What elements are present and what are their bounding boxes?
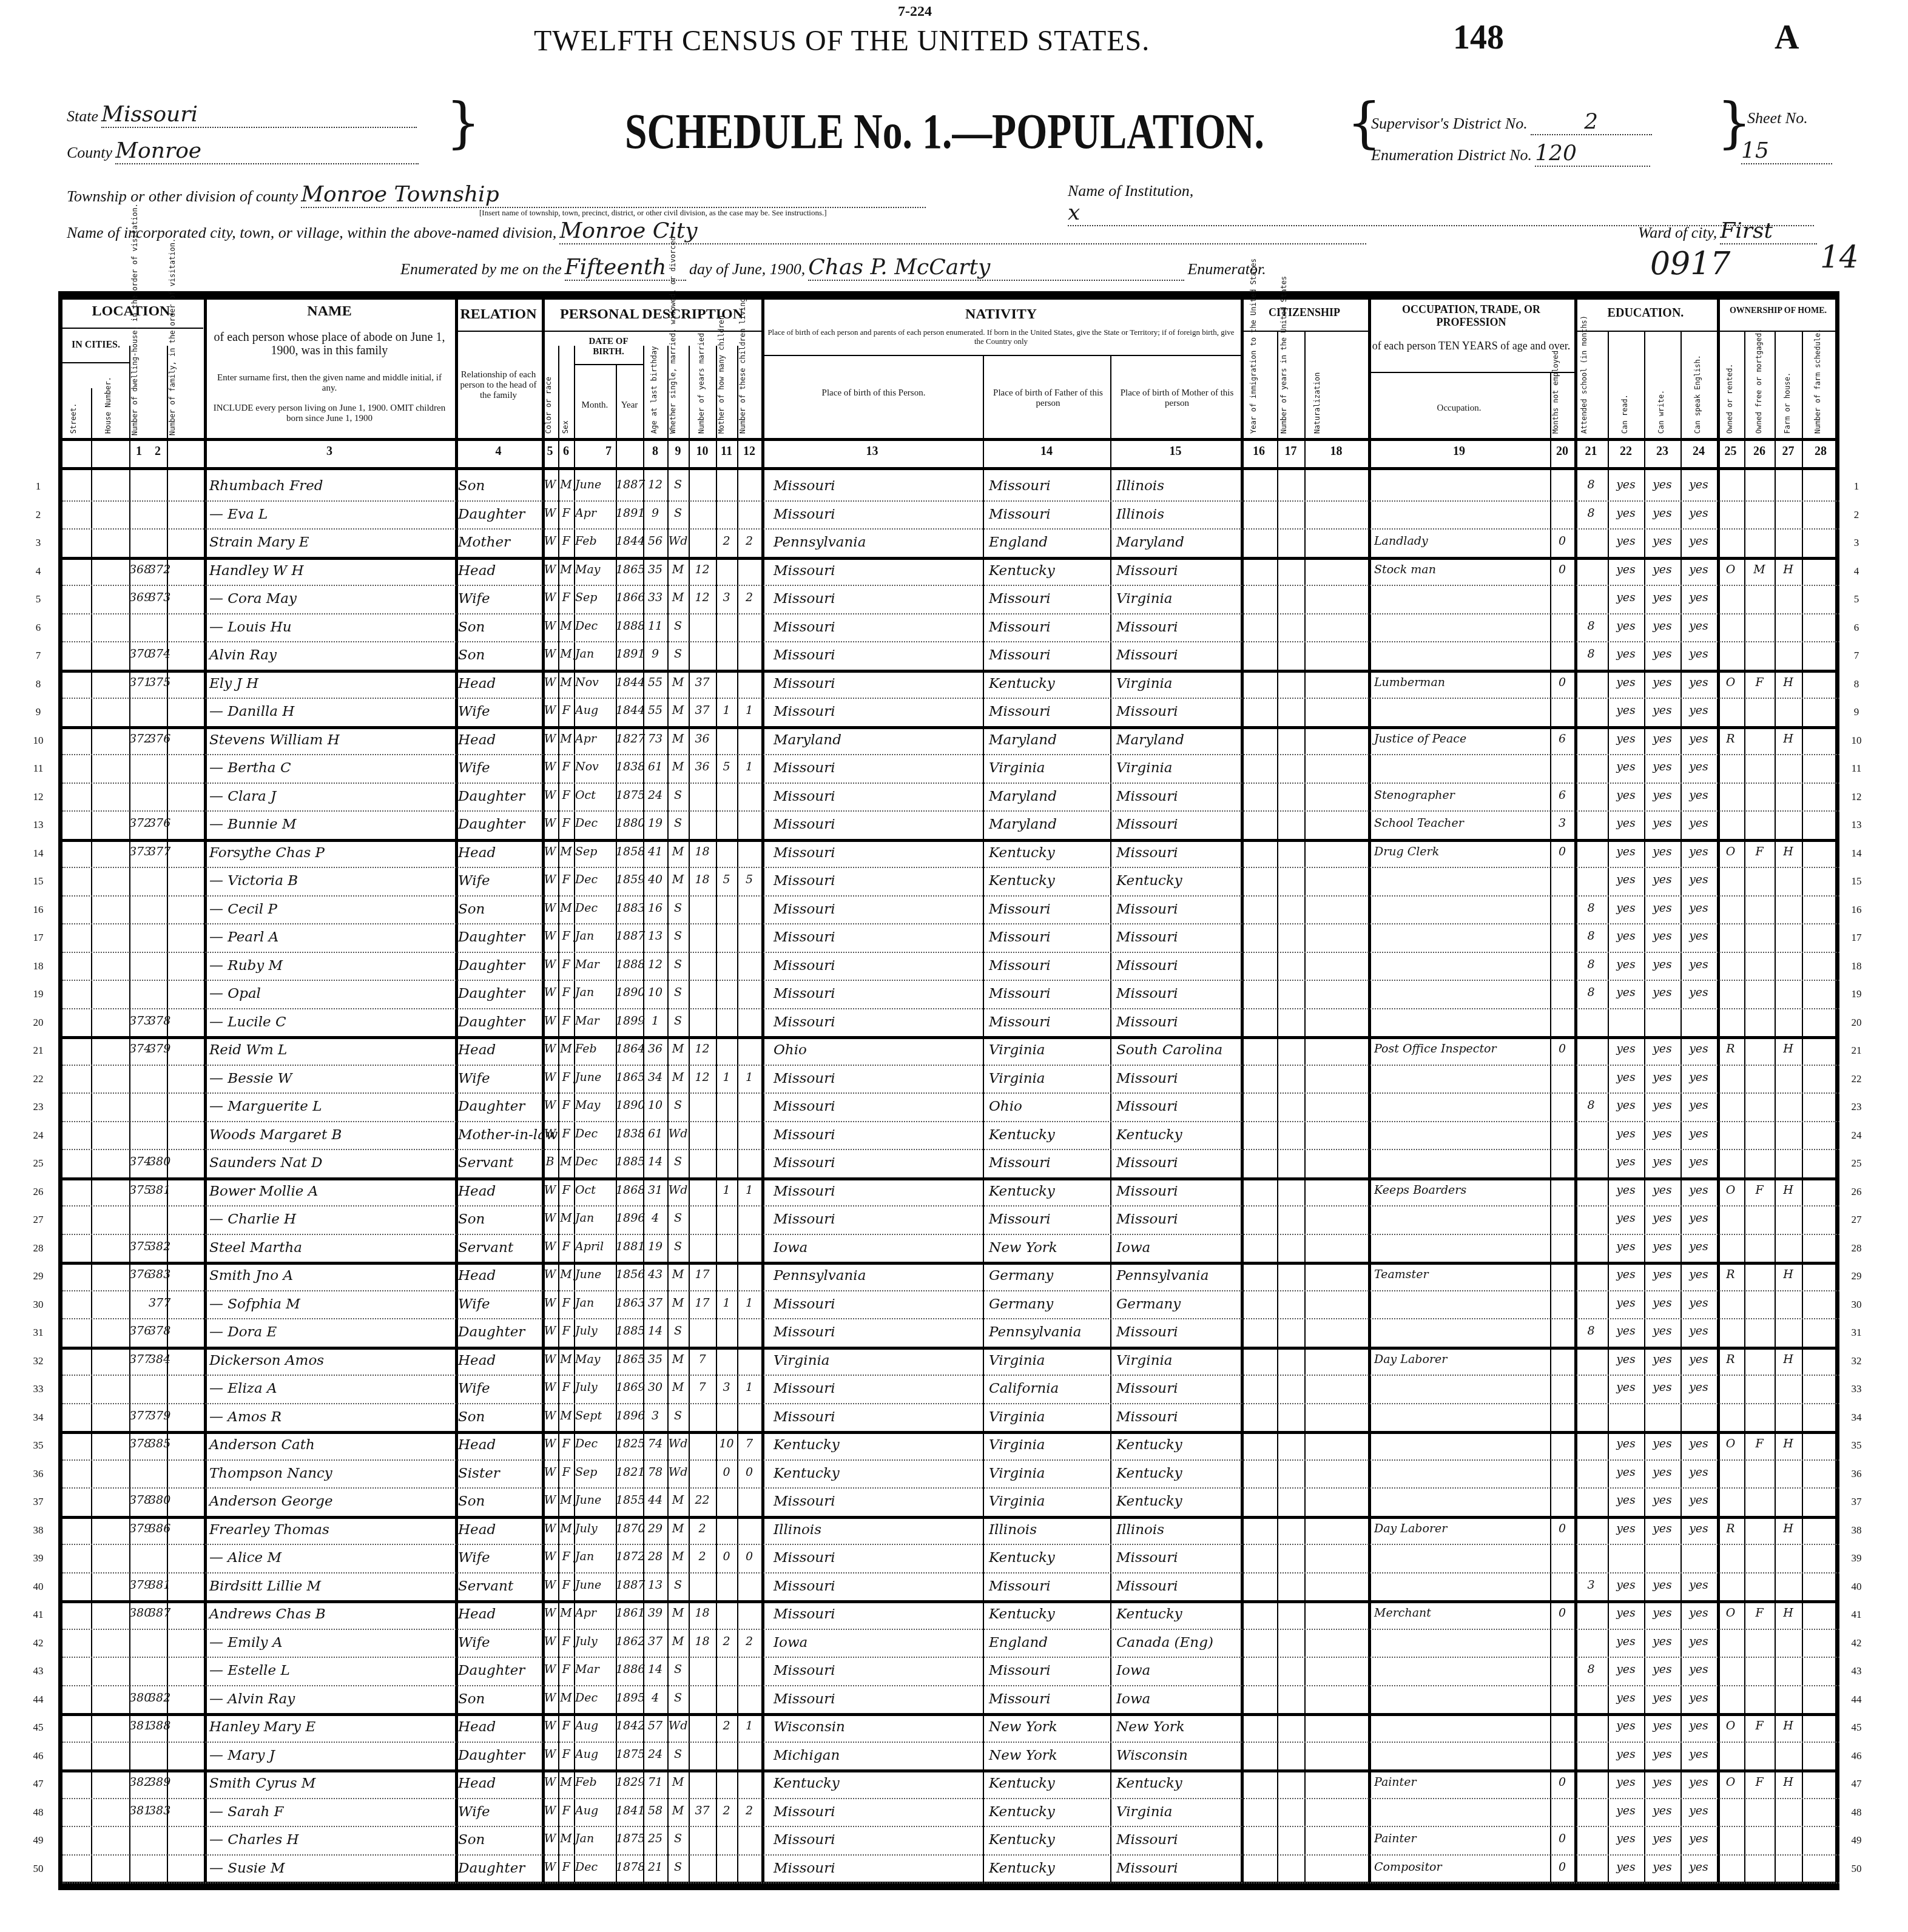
birth-month: Jan [575, 986, 616, 999]
birthplace-mother: Missouri [1116, 789, 1238, 804]
header-age: Age at last birthday [650, 340, 658, 434]
person-name: — Cora May [209, 591, 452, 607]
line-number-right: 27 [1847, 1214, 1866, 1226]
birth-month: June [575, 1071, 616, 1084]
birthplace-person: Pennsylvania [774, 534, 980, 550]
birth-month: Aug [575, 1748, 616, 1761]
months-unemployed: 0 [1550, 1860, 1574, 1874]
sheet-stamp-number: 148 [1453, 18, 1504, 57]
birth-month: Nov [575, 676, 616, 689]
column-number: 6 [558, 445, 574, 459]
occupation: School Teacher [1374, 816, 1550, 830]
header-can-read: Can read. [1621, 376, 1629, 434]
months-unemployed: 0 [1550, 1832, 1574, 1845]
birthplace-person: Missouri [774, 873, 980, 889]
birthplace-father: New York [989, 1748, 1107, 1763]
city-value: Monroe City [559, 218, 1366, 244]
birthplace-mother: Missouri [1116, 986, 1238, 1001]
color: W [542, 704, 558, 717]
row-divider [62, 1036, 1839, 1039]
color: W [542, 1409, 558, 1422]
birth-month: Dec [575, 816, 616, 830]
birthplace-mother: South Carolina [1116, 1042, 1238, 1058]
can-write: yes [1644, 1466, 1680, 1479]
birthplace-mother: Missouri [1116, 563, 1238, 579]
age: 35 [643, 563, 667, 576]
can-write: yes [1644, 647, 1680, 661]
children-living: 2 [737, 1804, 761, 1817]
left-brace: } [446, 91, 480, 155]
marital-status: M [667, 845, 689, 858]
birth-month: May [575, 1353, 616, 1366]
row-divider [62, 1685, 1839, 1686]
birthplace-person: Ohio [774, 1042, 980, 1058]
marital-status: S [667, 647, 689, 661]
line-number-right: 1 [1847, 480, 1866, 493]
birthplace-person: Missouri [774, 1804, 980, 1820]
color: W [542, 619, 558, 633]
years-married: 18 [689, 845, 716, 858]
birthplace-person: Missouri [774, 1014, 980, 1030]
column-number: 16 [1241, 445, 1277, 459]
row-divider [62, 1262, 1839, 1265]
can-read: yes [1608, 1437, 1644, 1450]
occupation: Stenographer [1374, 789, 1550, 802]
line-number-left: 49 [29, 1834, 47, 1846]
birthplace-person: Illinois [774, 1522, 980, 1538]
birthplace-mother: Missouri [1116, 1409, 1238, 1425]
birthplace-father: Kentucky [989, 845, 1107, 861]
age: 4 [643, 1211, 667, 1225]
sex: M [558, 845, 574, 858]
can-write: yes [1644, 1324, 1680, 1338]
enumerated-prefix: Enumerated by me on the [400, 260, 562, 278]
row-divider [62, 1065, 1839, 1066]
birthplace-person: Missouri [774, 1493, 980, 1509]
birth-month: Nov [575, 760, 616, 773]
rule [667, 346, 669, 1882]
free-mortgaged: F [1744, 1719, 1775, 1732]
years-married: 37 [689, 1804, 716, 1817]
dwelling-number: 376 [129, 1268, 149, 1281]
can-read: yes [1608, 929, 1644, 943]
birth-year: 1887 [616, 929, 643, 943]
rule [716, 346, 717, 1882]
can-read: yes [1608, 1071, 1644, 1084]
line-number-left: 47 [29, 1778, 47, 1790]
farm-house: H [1775, 1353, 1802, 1366]
header-owned-rented: Owned or rented. [1726, 346, 1734, 434]
column-number: 19 [1368, 445, 1550, 459]
row-divider [62, 1149, 1839, 1150]
relation: Head [458, 676, 540, 692]
relation: Servant [458, 1240, 540, 1256]
birthplace-mother: Missouri [1116, 1099, 1238, 1114]
rule [542, 331, 761, 332]
years-married: 7 [689, 1381, 716, 1394]
age: 37 [643, 1296, 667, 1310]
relation: Wife [458, 1296, 540, 1312]
header-years-in-us: Number of years in the United States [1280, 334, 1297, 434]
speak-english: yes [1680, 1606, 1717, 1620]
header-name-instr2: INCLUDE every person living on June 1, 1… [209, 403, 450, 424]
state-label: State [67, 107, 98, 125]
birth-year: 1875 [616, 1748, 643, 1761]
speak-english: yes [1680, 676, 1717, 689]
person-name: Smith Cyrus M [209, 1775, 452, 1791]
line-number-left: 29 [29, 1270, 47, 1282]
rule [1717, 300, 1720, 1882]
header-free-mortgaged: Owned free or mortgaged. [1755, 334, 1763, 434]
row-divider [62, 1516, 1839, 1519]
rule [574, 364, 643, 365]
line-number-right: 18 [1847, 960, 1866, 972]
speak-english: yes [1680, 704, 1717, 717]
birth-year: 1890 [616, 986, 643, 999]
years-married: 12 [689, 1042, 716, 1055]
dwelling-number: 372 [129, 816, 149, 830]
birthplace-person: Missouri [774, 986, 980, 1001]
line-number-left: 1 [29, 480, 47, 493]
person-name: Alvin Ray [209, 647, 452, 663]
line-number-left: 18 [29, 960, 47, 972]
children-living: 0 [737, 1466, 761, 1479]
can-read: yes [1608, 1748, 1644, 1761]
sex: M [558, 1775, 574, 1789]
birthplace-person: Kentucky [774, 1775, 980, 1791]
birth-year: 1896 [616, 1211, 643, 1225]
birthplace-mother: Virginia [1116, 1804, 1238, 1820]
can-read: yes [1608, 986, 1644, 999]
birthplace-mother: New York [1116, 1719, 1238, 1735]
column-number: 18 [1304, 445, 1368, 459]
birth-month: Dec [575, 901, 616, 915]
birthplace-father: Missouri [989, 478, 1107, 494]
family-number: 389 [149, 1775, 167, 1789]
header-color: Color or race [545, 364, 553, 434]
marital-status: S [667, 816, 689, 830]
months-unemployed: 0 [1550, 845, 1574, 858]
sex: F [558, 1381, 574, 1394]
birthplace-mother: Iowa [1116, 1240, 1238, 1256]
color: W [542, 901, 558, 915]
institution-label: Name of Institution, [1068, 182, 1193, 200]
birthplace-father: Kentucky [989, 1804, 1107, 1820]
row-divider [62, 1234, 1839, 1235]
marital-status: M [667, 591, 689, 604]
farm-house: H [1775, 732, 1802, 746]
birth-month: Jan [575, 1832, 616, 1845]
birthplace-mother: Iowa [1116, 1663, 1238, 1678]
birth-month: Jan [575, 1211, 616, 1225]
birthplace-father: Missouri [989, 647, 1107, 663]
dwelling-number: 379 [129, 1522, 149, 1535]
birthplace-father: Kentucky [989, 1832, 1107, 1848]
line-number-left: 3 [29, 537, 47, 549]
birth-year: 1868 [616, 1183, 643, 1197]
marital-status: M [667, 1071, 689, 1084]
birth-month: Feb [575, 534, 616, 548]
birth-year: 1859 [616, 873, 643, 886]
can-write: yes [1644, 845, 1680, 858]
birthplace-person: Missouri [774, 845, 980, 861]
age: 55 [643, 676, 667, 689]
header-marital: Whether single, married, widowed, or div… [669, 334, 686, 434]
person-name: — Clara J [209, 789, 452, 804]
birthplace-person: Missouri [774, 507, 980, 522]
age: 29 [643, 1522, 667, 1535]
age: 58 [643, 1804, 667, 1817]
birthplace-father: Missouri [989, 929, 1107, 945]
state-value: Missouri [101, 102, 417, 128]
marital-status: S [667, 507, 689, 520]
relation: Head [458, 732, 540, 748]
row-divider [62, 557, 1839, 560]
dwelling-number: 381 [129, 1804, 149, 1817]
birth-year: 1866 [616, 591, 643, 604]
line-number-left: 32 [29, 1355, 47, 1367]
age: 13 [643, 1578, 667, 1592]
birthplace-person: Missouri [774, 1409, 980, 1425]
age: 12 [643, 958, 667, 971]
person-name: — Cecil P [209, 901, 452, 917]
row-divider [62, 500, 1839, 502]
can-write: yes [1644, 1635, 1680, 1648]
sex: F [558, 873, 574, 886]
mother-of-children: 5 [716, 760, 737, 773]
row-divider [62, 1713, 1839, 1716]
column-number: 22 [1608, 445, 1644, 459]
speak-english: yes [1680, 1296, 1717, 1310]
speak-english: yes [1680, 986, 1717, 999]
family-number: 383 [149, 1804, 167, 1817]
sex: F [558, 789, 574, 802]
birth-year: 1885 [616, 1324, 643, 1338]
sex: F [558, 1748, 574, 1761]
birth-year: 1895 [616, 1691, 643, 1705]
birthplace-person: Missouri [774, 1127, 980, 1143]
header-occupation-desc: of each person TEN YEARS of age and over… [1371, 340, 1571, 352]
county-field: County Monroe [67, 138, 443, 164]
birthplace-mother: Illinois [1116, 1522, 1238, 1538]
speak-english: yes [1680, 789, 1717, 802]
children-living: 2 [737, 534, 761, 548]
marital-status: S [667, 1014, 689, 1028]
row-divider [62, 1290, 1839, 1291]
can-read: yes [1608, 845, 1644, 858]
color: W [542, 816, 558, 830]
line-number-right: 42 [1847, 1637, 1866, 1649]
speak-english: yes [1680, 647, 1717, 661]
speak-english: yes [1680, 1635, 1717, 1648]
relation: Son [458, 619, 540, 635]
marital-status: M [667, 704, 689, 717]
dwelling-number: 378 [129, 1437, 149, 1450]
mother-of-children: 1 [716, 1183, 737, 1197]
column-number: 1 [129, 445, 149, 459]
line-number-left: 8 [29, 678, 47, 690]
person-name: Smith Jno A [209, 1268, 452, 1284]
can-write: yes [1644, 958, 1680, 971]
can-read: yes [1608, 676, 1644, 689]
speak-english: yes [1680, 1466, 1717, 1479]
marital-status: M [667, 1550, 689, 1563]
birth-month: Sep [575, 591, 616, 604]
dwelling-number: 375 [129, 1183, 149, 1197]
birthplace-person: Missouri [774, 563, 980, 579]
marital-status: M [667, 1635, 689, 1648]
can-write: yes [1644, 1099, 1680, 1112]
birthplace-father: California [989, 1381, 1107, 1396]
row-divider [62, 1826, 1839, 1827]
header-birth-mother: Place of birth of Mother of this person [1113, 388, 1241, 409]
sex: F [558, 1183, 574, 1197]
birth-year: 1870 [616, 1522, 643, 1535]
township-label: Township or other division of county [67, 187, 298, 205]
children-living: 1 [737, 1183, 761, 1197]
marital-status: M [667, 760, 689, 773]
can-write: yes [1644, 760, 1680, 773]
can-write: yes [1644, 704, 1680, 717]
family-number: 380 [149, 1493, 167, 1507]
line-number-left: 27 [29, 1214, 47, 1226]
attended-school: 8 [1574, 1663, 1608, 1676]
line-number-right: 34 [1847, 1412, 1866, 1424]
color: W [542, 958, 558, 971]
speak-english: yes [1680, 1155, 1717, 1168]
relation: Head [458, 1042, 540, 1058]
line-number-left: 9 [29, 706, 47, 718]
can-write: yes [1644, 816, 1680, 830]
birthplace-mother: Virginia [1116, 760, 1238, 776]
birth-year: 1883 [616, 901, 643, 915]
county-value: Monroe [115, 138, 419, 164]
age: 61 [643, 760, 667, 773]
person-name: Dickerson Amos [209, 1353, 452, 1368]
color: W [542, 986, 558, 999]
mother-of-children: 3 [716, 1381, 737, 1394]
rule [167, 346, 168, 1882]
line-number-right: 14 [1847, 847, 1866, 860]
birthplace-father: Missouri [989, 1691, 1107, 1707]
family-number: 372 [149, 563, 167, 576]
line-number-left: 19 [29, 988, 47, 1000]
header-in-cities: IN CITIES. [62, 340, 129, 351]
line-number-right: 3 [1847, 537, 1866, 549]
person-name: — Charlie H [209, 1211, 452, 1227]
relation: Son [458, 478, 540, 494]
owned-rented: R [1717, 1042, 1744, 1055]
birthplace-father: New York [989, 1719, 1107, 1735]
sex: F [558, 704, 574, 717]
birthplace-father: Kentucky [989, 1860, 1107, 1876]
sex: M [558, 1691, 574, 1705]
line-number-left: 43 [29, 1665, 47, 1677]
speak-english: yes [1680, 1832, 1717, 1845]
birth-month: Feb [575, 1042, 616, 1055]
can-write: yes [1644, 1493, 1680, 1507]
free-mortgaged: F [1744, 845, 1775, 858]
line-number-left: 31 [29, 1327, 47, 1339]
person-name: Frearley Thomas [209, 1522, 452, 1538]
birth-year: 1865 [616, 1071, 643, 1084]
sex: M [558, 563, 574, 576]
children-living: 2 [737, 591, 761, 604]
enumeration-district-field: Enumeration District No. 120 [1371, 141, 1650, 167]
header-street: Street. [70, 373, 78, 434]
ward-label: Ward of city, [1638, 224, 1717, 241]
rule [761, 300, 764, 1882]
relation: Wife [458, 1550, 540, 1566]
age: 13 [643, 929, 667, 943]
relation: Wife [458, 1804, 540, 1820]
relation: Daughter [458, 1748, 540, 1763]
marital-status: M [667, 563, 689, 576]
birth-year: 1844 [616, 704, 643, 717]
line-number-right: 17 [1847, 932, 1866, 944]
age: 44 [643, 1493, 667, 1507]
birthplace-father: Missouri [989, 591, 1107, 607]
years-married: 7 [689, 1353, 716, 1366]
birth-month: Aug [575, 1719, 616, 1732]
owned-rented: R [1717, 1522, 1744, 1535]
birthplace-father: Missouri [989, 1014, 1107, 1030]
birthplace-father: Pennsylvania [989, 1324, 1107, 1340]
color: W [542, 1324, 558, 1338]
family-number: 376 [149, 816, 167, 830]
speak-english: yes [1680, 1860, 1717, 1874]
header-name: NAME [204, 303, 455, 320]
color: W [542, 1578, 558, 1592]
birth-year: 1880 [616, 816, 643, 830]
person-name: Woods Margaret B [209, 1127, 452, 1143]
sex: F [558, 1127, 574, 1140]
line-number-left: 40 [29, 1581, 47, 1593]
years-married: 12 [689, 563, 716, 576]
birthplace-mother: Kentucky [1116, 1775, 1238, 1791]
sex: F [558, 1719, 574, 1732]
rule [689, 346, 690, 1882]
relation: Head [458, 1522, 540, 1538]
row-divider [62, 980, 1839, 981]
line-number-left: 35 [29, 1439, 47, 1452]
dwelling-number: 371 [129, 676, 149, 689]
can-write: yes [1644, 1860, 1680, 1874]
dwelling-number: 382 [129, 1775, 149, 1789]
attended-school: 8 [1574, 986, 1608, 999]
line-number-left: 24 [29, 1129, 47, 1142]
color: W [542, 929, 558, 943]
sex: F [558, 1578, 574, 1592]
owned-rented: O [1717, 845, 1744, 858]
birth-month: July [575, 1522, 616, 1535]
birthplace-father: Missouri [989, 1578, 1107, 1594]
can-read: yes [1608, 760, 1644, 773]
birthplace-person: Michigan [774, 1748, 980, 1763]
birth-month: April [575, 1240, 616, 1253]
header-education: EDUCATION. [1574, 306, 1717, 320]
birth-year: 1891 [616, 507, 643, 520]
rule [1241, 300, 1244, 1882]
birthplace-father: Missouri [989, 958, 1107, 974]
header-mother-of: Mother of how many children [718, 334, 735, 434]
age: 19 [643, 816, 667, 830]
row-divider [62, 1121, 1839, 1122]
birthplace-mother: Iowa [1116, 1691, 1238, 1707]
line-number-right: 16 [1847, 904, 1866, 916]
line-number-right: 47 [1847, 1778, 1866, 1790]
sex: M [558, 1042, 574, 1055]
